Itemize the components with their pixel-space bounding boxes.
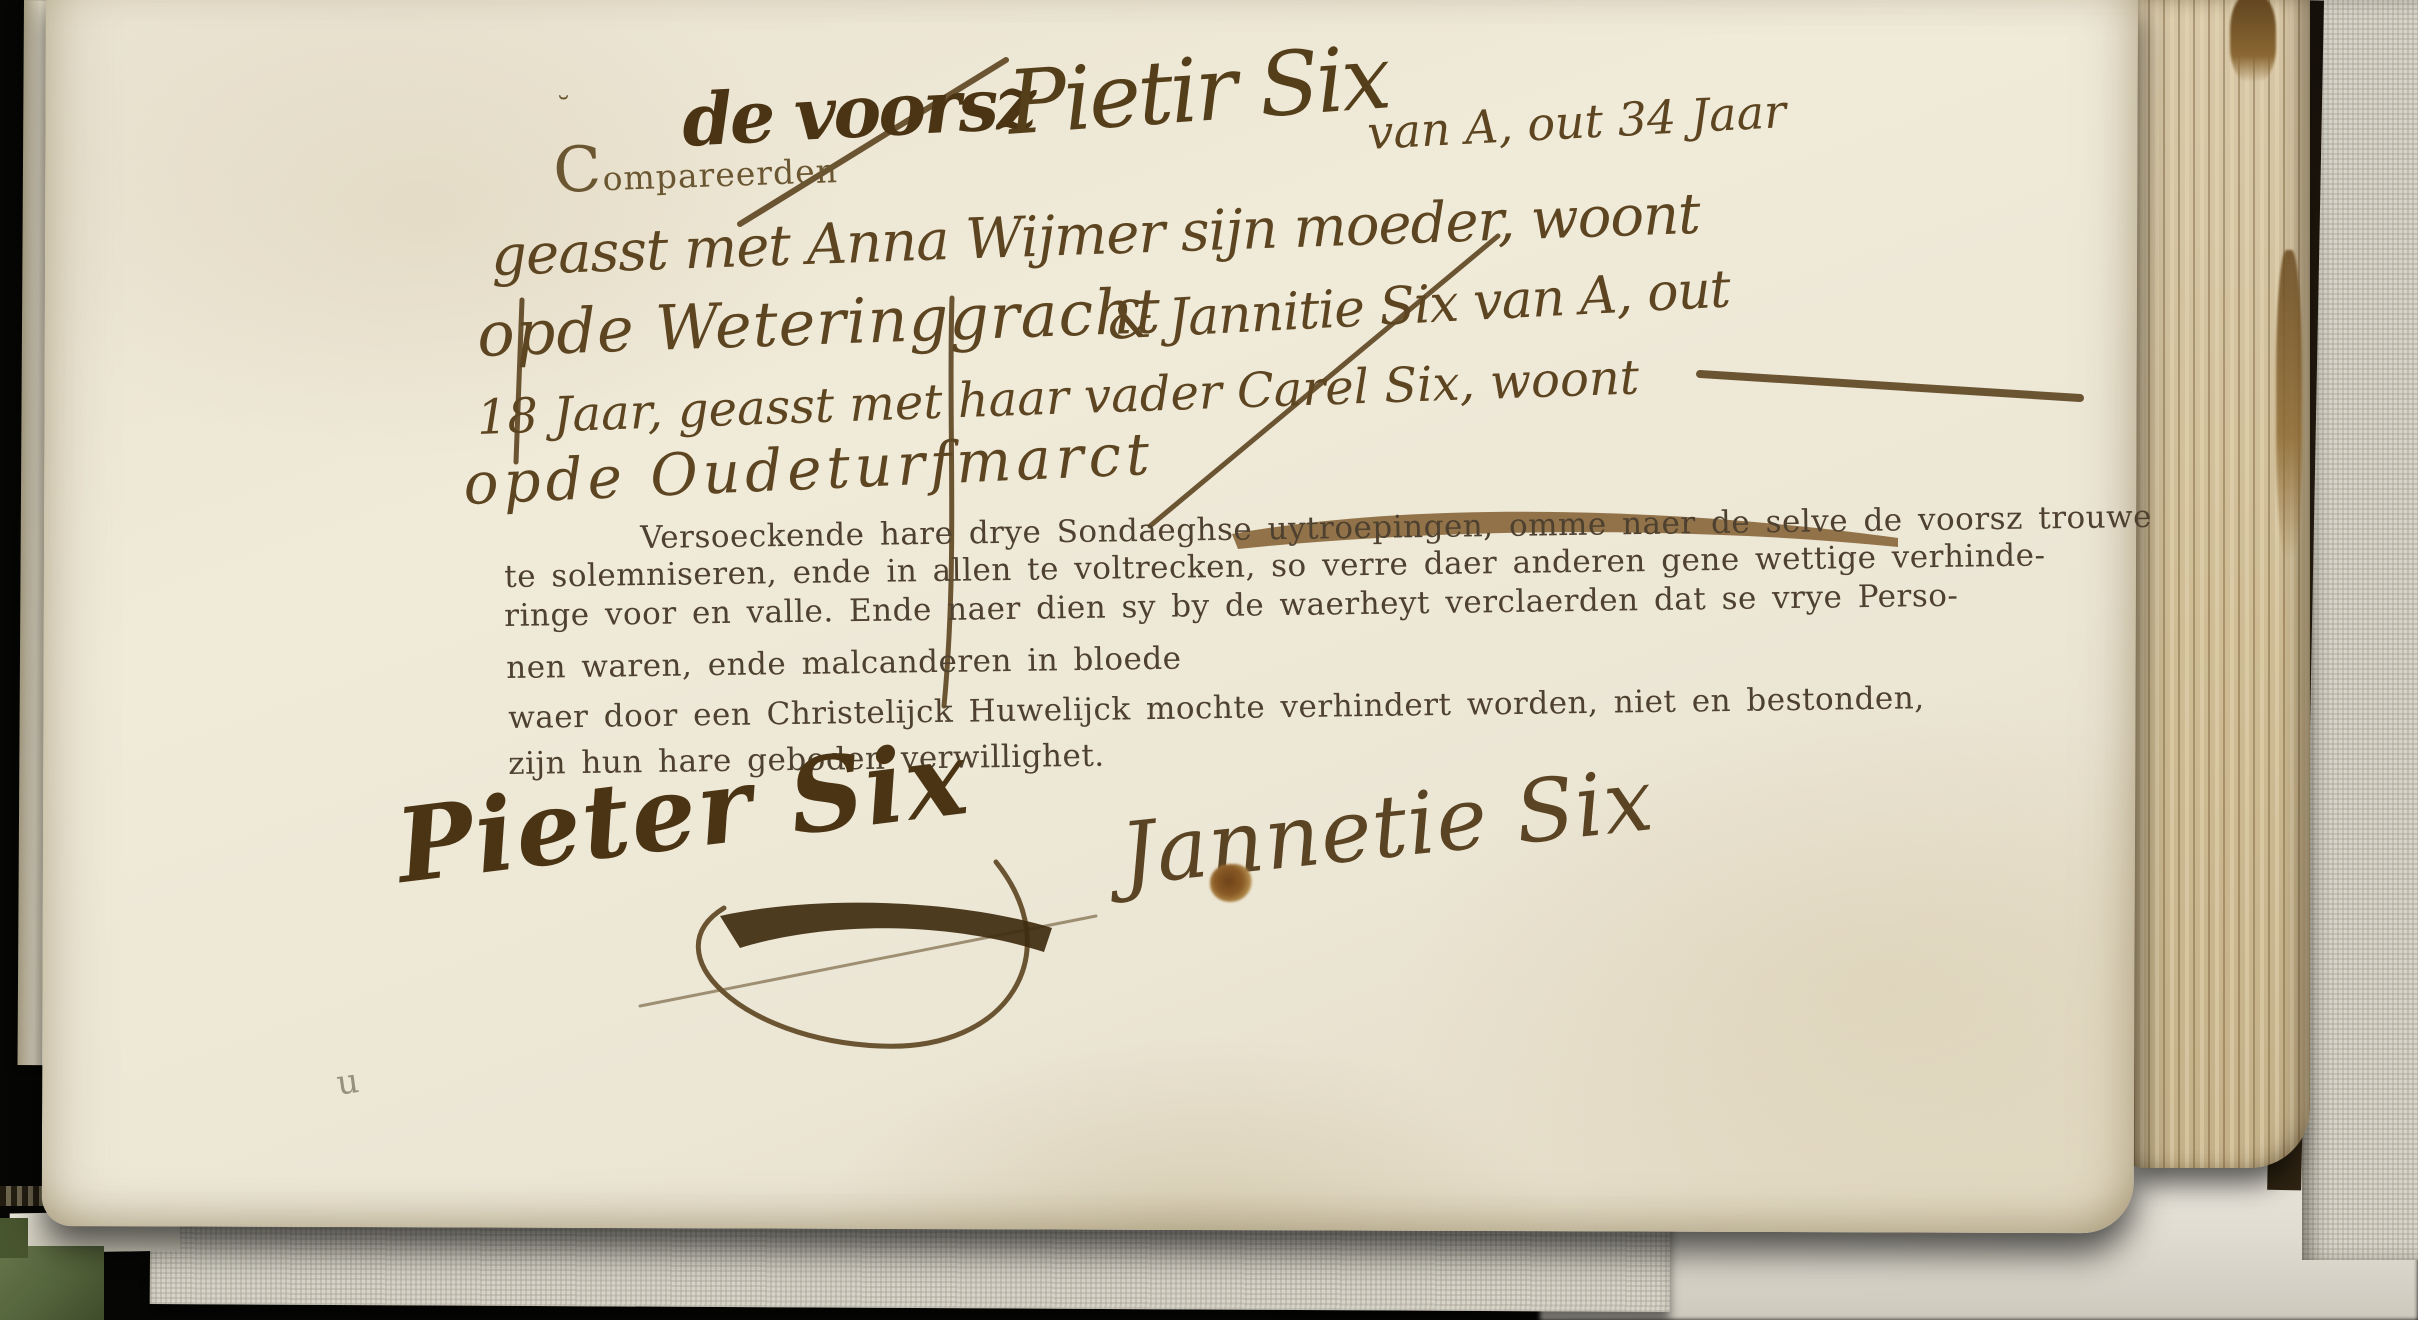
dash-rule <box>1700 374 2080 398</box>
signature-smear <box>720 903 1052 952</box>
signature-flourish <box>698 862 1027 1046</box>
photo-background: ˘ Compareerden de voorsz Pietir Six van … <box>0 0 2418 1320</box>
stray-pen-mark-top: ˘ <box>556 92 571 127</box>
